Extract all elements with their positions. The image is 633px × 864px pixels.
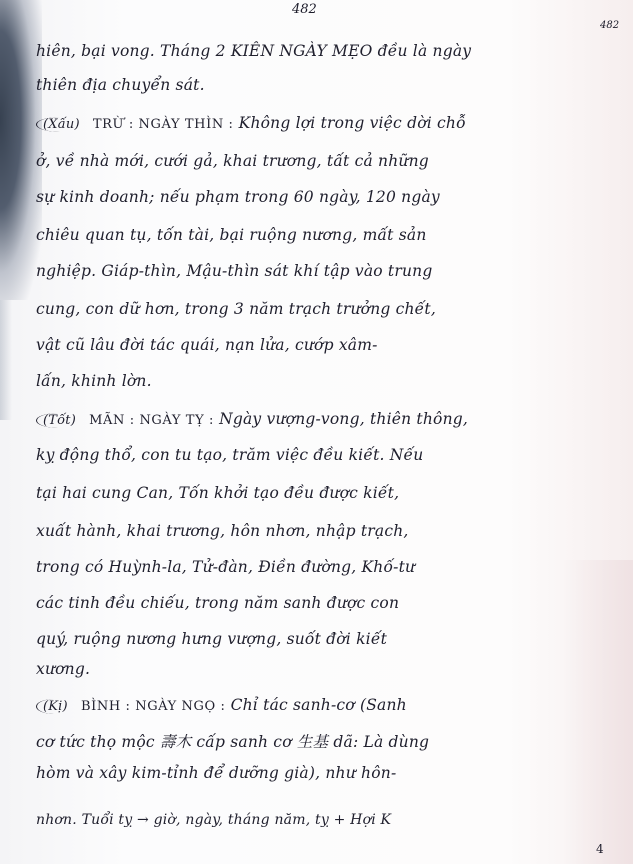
text-line: tại hai cung Can, Tốn khởi tạo đều được … xyxy=(36,484,399,502)
text-line: quý, ruộng nương hưng vượng, suốt đời ki… xyxy=(36,630,387,648)
text-line: kỵ động thổ, con tu tạo, trăm việc đều k… xyxy=(36,446,423,464)
text-line: xuất hành, khai trương, hôn nhơn, nhập t… xyxy=(36,522,409,540)
section-heading-man: (Tốt) MÃN : NGÀY TỴ : Ngày vượng-vong, t… xyxy=(36,410,468,428)
text-line: chiêu quan tụ, tốn tài, bại ruộng nương,… xyxy=(36,226,427,244)
section-title: TRỪ : NGÀY THÌN : xyxy=(93,117,234,132)
document-page: 482 482 hiên, bại vong. Tháng 2 KIÊN NGÀ… xyxy=(0,0,633,864)
section-title: BÌNH : NGÀY NGỌ : xyxy=(81,699,226,714)
page-number-center: 482 xyxy=(292,2,317,17)
text-line: thiên địa chuyển sát. xyxy=(36,76,205,94)
marginal-mark: 4 xyxy=(596,842,604,856)
text-line: cung, con dữ hơn, trong 3 năm trạch trưở… xyxy=(36,300,436,318)
rating-tag: (Tốt) xyxy=(36,413,80,428)
section-title: MÃN : NGÀY TỴ : xyxy=(89,413,214,428)
text-line: vật cũ lâu đời tác quái, nạn lửa, cướp x… xyxy=(36,336,378,354)
text-line: nghiệp. Giáp-thìn, Mậu-thìn sát khí tập … xyxy=(36,262,432,280)
binding-shadow-lower xyxy=(0,300,12,420)
text-line: các tinh đều chiếu, trong năm sanh được … xyxy=(36,594,399,612)
text-line: sự kinh doanh; nếu phạm trong 60 ngày, 1… xyxy=(36,188,440,206)
section-heading-tru: (Xấu) TRỪ : NGÀY THÌN : Không lợi trong … xyxy=(36,114,466,132)
annotation-line: nhơn. Tuổi tỵ → giờ, ngày, tháng năm, tỵ… xyxy=(36,812,391,828)
paper-edge-shade xyxy=(563,560,633,864)
text-line: lấn, khinh lờn. xyxy=(36,372,152,390)
section-heading-binh: (Kị) BÌNH : NGÀY NGỌ : Chỉ tác sanh-cơ (… xyxy=(36,696,407,714)
text-line: trong có Huỳnh-la, Tử-đàn, Điền đường, K… xyxy=(36,558,415,576)
text-line: ở, về nhà mới, cưới gả, khai trương, tất… xyxy=(36,152,429,170)
rating-tag: (Xấu) xyxy=(36,117,84,132)
text-line: xương. xyxy=(36,660,90,678)
text-line: cơ tức thọ mộc 壽木 cấp sanh cơ 生基 dã: Là … xyxy=(36,730,429,752)
text-line: hòm và xây kim-tỉnh để dưỡng già), như h… xyxy=(36,764,396,782)
text-line: hiên, bại vong. Tháng 2 KIÊN NGÀY MẸO đề… xyxy=(36,42,471,60)
rating-tag: (Kị) xyxy=(36,699,72,714)
page-number-right: 482 xyxy=(600,20,619,31)
